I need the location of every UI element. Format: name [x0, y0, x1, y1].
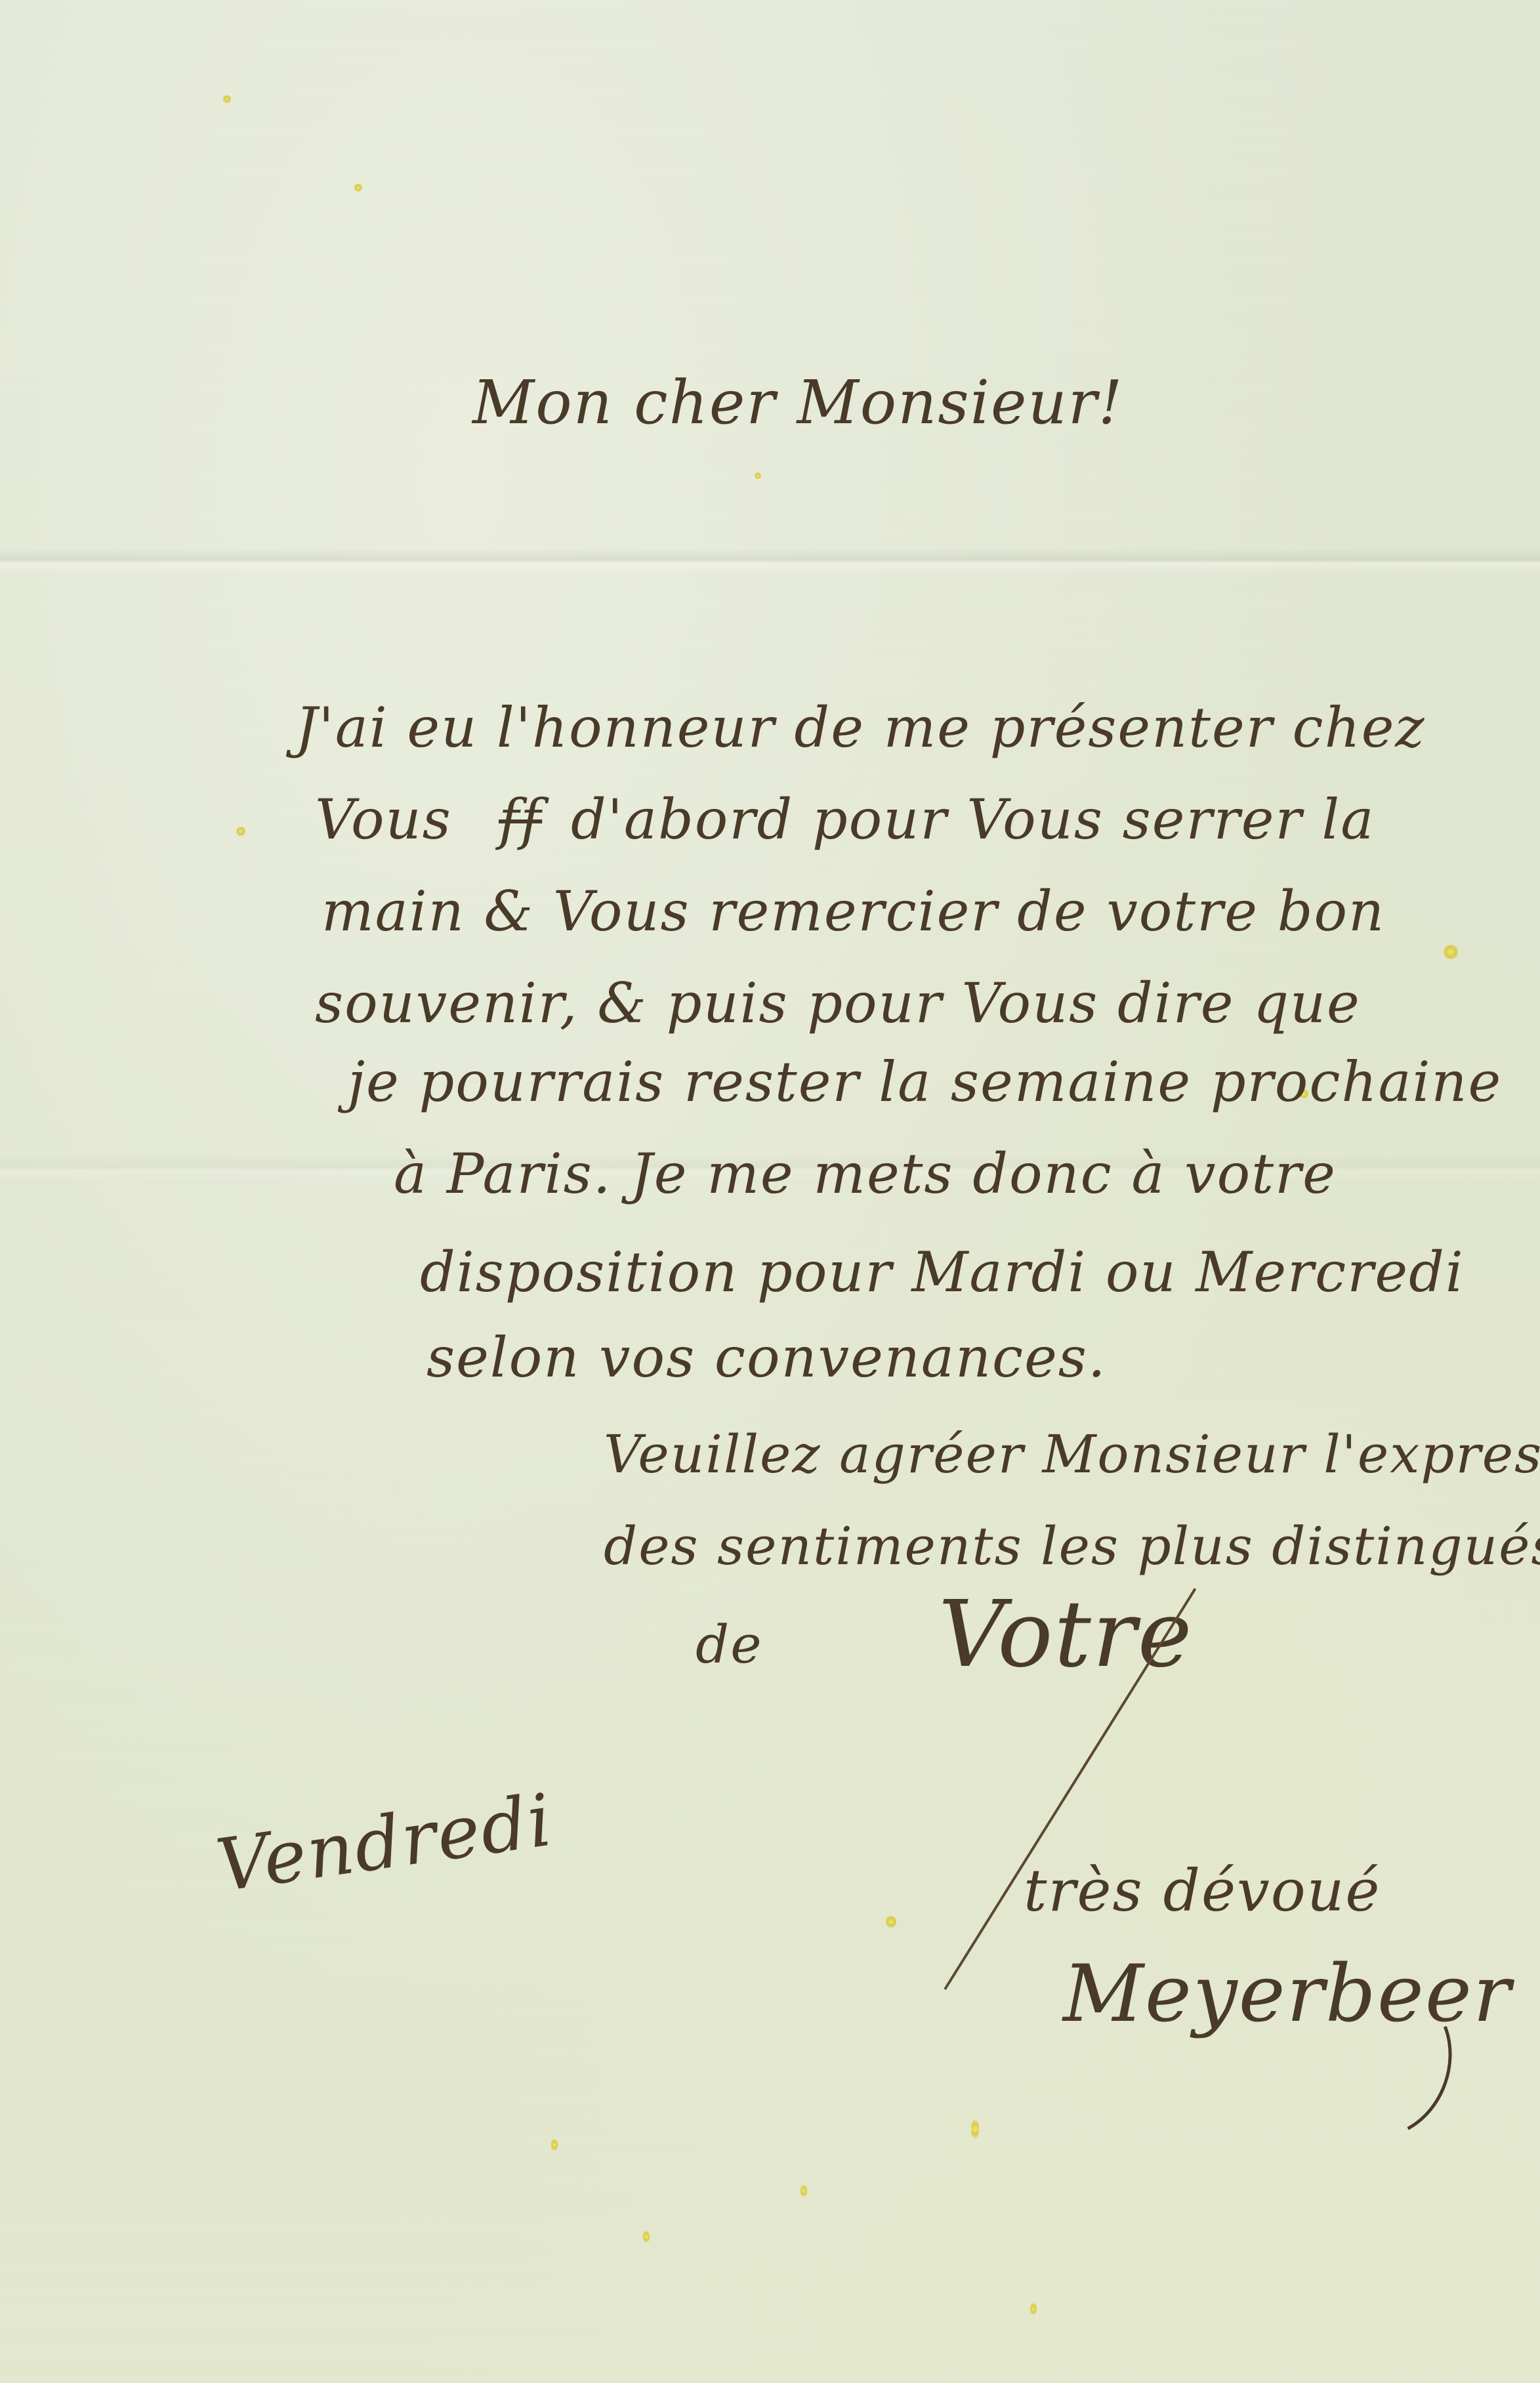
body-line-1: J'ai eu l'honneur de me présenter chez — [295, 695, 1426, 760]
foxing-speck — [354, 184, 362, 192]
body-line-7: disposition pour Mardi ou Mercredi — [420, 1240, 1465, 1304]
body-line-2a: Vous — [315, 787, 452, 852]
paper-fold — [0, 548, 1540, 574]
foxing-speck — [643, 2231, 650, 2243]
closing-line-2: des sentiments les plus distingués — [604, 1516, 1540, 1577]
closing-line-1: Veuillez agréer Monsieur l'expression — [604, 1424, 1540, 1485]
body-line-2b: d'abord pour Vous serrer la — [571, 787, 1375, 852]
foxing-speck — [223, 95, 231, 103]
foxing-speck — [801, 2185, 807, 2197]
foxing-speck — [551, 2139, 558, 2151]
struck-word: ff — [499, 787, 542, 852]
letter-sheet: Mon cher Monsieur! J'ai eu l'honneur de … — [0, 0, 1540, 2383]
body-line-3: main & Vous remercier de votre bon — [322, 879, 1385, 943]
body-line-4: souvenir, & puis pour Vous dire que — [315, 971, 1361, 1035]
body-line-5: je pourrais rester la semaine prochaine — [348, 1050, 1502, 1114]
foxing-speck — [1444, 945, 1458, 959]
foxing-speck — [755, 472, 761, 479]
foxing-speck — [236, 827, 245, 836]
foxing-speck — [971, 2119, 979, 2139]
body-line-8: selon vos convenances. — [427, 1325, 1107, 1390]
closing-line-3: de — [696, 1614, 763, 1675]
date-line: Vendredi — [211, 1778, 558, 1908]
foxing-speck — [1030, 2303, 1037, 2315]
body-line-6: à Paris. Je me mets donc à votre — [394, 1142, 1337, 1206]
salutation: Mon cher Monsieur! — [472, 367, 1124, 438]
closing-votre: Votre — [938, 1581, 1194, 1688]
signature-pre: très dévoué — [1024, 1857, 1381, 1924]
foxing-speck — [886, 1916, 896, 1928]
